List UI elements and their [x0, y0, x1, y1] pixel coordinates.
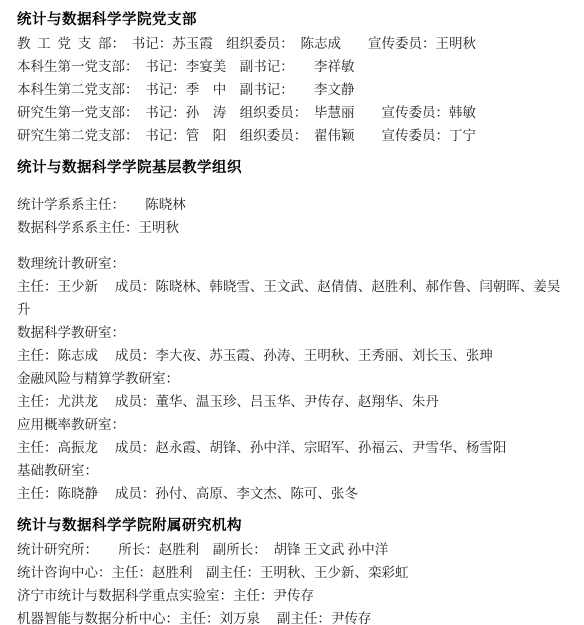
text-line: 济宁市统计与数据科学重点实验室：主任：尹传存: [17, 584, 567, 607]
text-line: 统计研究所： 所长：赵胜利 副所长： 胡锋 王文武 孙中洋: [17, 538, 567, 561]
blank-line: [17, 180, 567, 193]
section-title-teaching-organizations: 统计与数据科学学院基层教学组织: [17, 157, 567, 180]
text-line: 数理统计教研室：: [17, 252, 567, 275]
text-line: 金融风险与精算学教研室：: [17, 367, 567, 390]
blank-line: [17, 239, 567, 252]
text-line: 统计学系系主任： 陈晓林: [17, 193, 567, 216]
text-line: 机器智能与数据分析中心：主任：刘万泉 副主任：尹传存: [17, 607, 567, 625]
text-line: 数据科学系系主任：王明秋: [17, 216, 567, 239]
text-line: 统计咨询中心：主任：赵胜利 副主任：王明秋、王少新、栾彩虹: [17, 561, 567, 584]
text-line: 主任：陈晓静 成员：孙付、高原、李文杰、陈可、张冬: [17, 482, 567, 505]
document-page: 统计与数据科学学院党支部 教 工 党 支 部： 书记：苏玉霞 组织委员： 陈志成…: [0, 0, 584, 625]
section-research-institutes: 统计与数据科学学院附属研究机构 统计研究所： 所长：赵胜利 副所长： 胡锋 王文…: [17, 515, 567, 625]
text-line: 主任：陈志成 成员：李大夜、苏玉霞、孙涛、王明秋、王秀丽、刘长玉、张珅: [17, 344, 567, 367]
section-lines-teaching-organizations: 统计学系系主任： 陈晓林数据科学系系主任：王明秋数理统计教研室：主任：王少新 成…: [17, 180, 567, 505]
section-lines-party-branches: 教 工 党 支 部： 书记：苏玉霞 组织委员： 陈志成 宣传委员：王明秋本科生第…: [17, 32, 567, 147]
text-line: 数据科学教研室：: [17, 321, 567, 344]
section-party-branches: 统计与数据科学学院党支部 教 工 党 支 部： 书记：苏玉霞 组织委员： 陈志成…: [17, 9, 567, 147]
text-line: 研究生第一党支部： 书记：孙 涛 组织委员： 毕慧丽 宣传委员：韩敏: [17, 101, 567, 124]
section-teaching-organizations: 统计与数据科学学院基层教学组织 统计学系系主任： 陈晓林数据科学系系主任：王明秋…: [17, 157, 567, 505]
text-line: 研究生第二党支部： 书记：管 阳 组织委员： 翟伟颖 宣传委员：丁宁: [17, 124, 567, 147]
text-line: 教 工 党 支 部： 书记：苏玉霞 组织委员： 陈志成 宣传委员：王明秋: [17, 32, 567, 55]
section-title-party-branches: 统计与数据科学学院党支部: [17, 9, 567, 32]
section-lines-research-institutes: 统计研究所： 所长：赵胜利 副所长： 胡锋 王文武 孙中洋统计咨询中心：主任：赵…: [17, 538, 567, 625]
text-line: 基础教研室：: [17, 459, 567, 482]
text-line: 应用概率教研室：: [17, 413, 567, 436]
text-line: 本科生第二党支部： 书记：季 中 副书记： 李文静: [17, 78, 567, 101]
text-line: 本科生第一党支部： 书记：李宴美 副书记： 李祥敏: [17, 55, 567, 78]
text-line: 主任：尤洪龙 成员：董华、温玉珍、吕玉华、尹传存、赵翔华、朱丹: [17, 390, 567, 413]
text-line: 主任：高振龙 成员：赵永霞、胡锋、孙中洋、宗昭军、孙福云、尹雪华、杨雪阳: [17, 436, 567, 459]
section-title-research-institutes: 统计与数据科学学院附属研究机构: [17, 515, 567, 538]
text-line: 主任：王少新 成员：陈晓林、韩晓雪、王文武、赵倩倩、赵胜利、郝作鲁、闫朝晖、姜吴…: [17, 275, 567, 321]
